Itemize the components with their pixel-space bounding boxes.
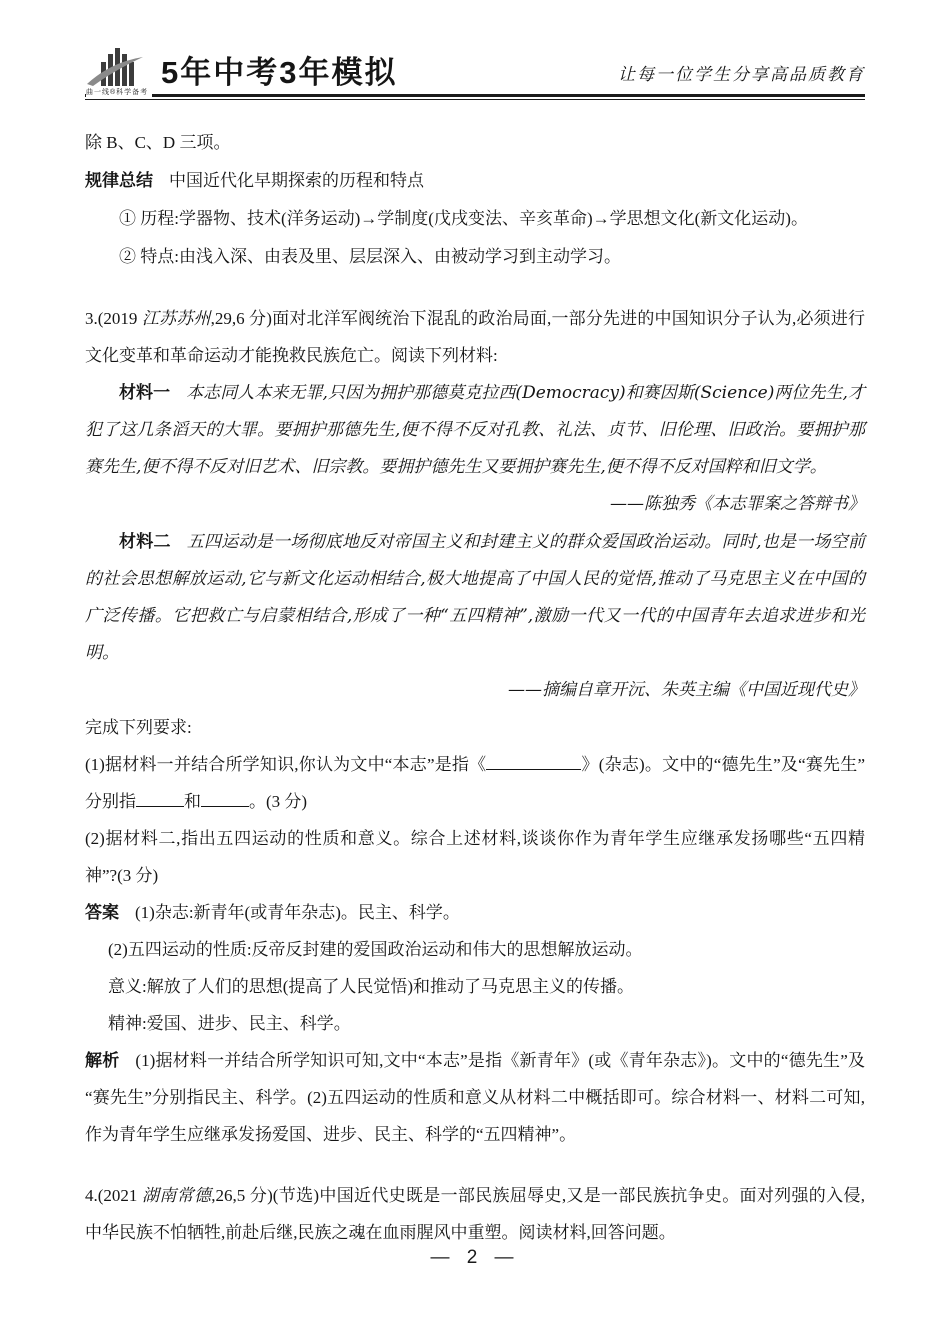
part-1-seg-3: 和 <box>184 792 201 811</box>
summary-point-2: ② 特点:由浅入深、由表及里、层层深入、由被动学习到主动学习。 <box>85 238 865 276</box>
analysis-section: 解析(1)据材料一并结合所学知识可知,文中“本志”是指《新青年》(或《青年杂志》… <box>85 1042 865 1153</box>
carryover-text: 除 B、C、D 三项。 <box>85 124 865 162</box>
summary-point-1: ① 历程:学器物、技术(洋务运动)→学制度(戊戌变法、辛亥革命)→学思想文化(新… <box>85 200 865 238</box>
requirements-intro: 完成下列要求: <box>85 709 865 746</box>
material-1-text: 本志同人本来无罪,只因为拥护那德莫克拉西(Democracy)和赛因斯(Scie… <box>85 383 865 477</box>
material-1-label: 材料一 <box>119 383 170 402</box>
brand: 5年中考3年模拟 <box>85 44 397 90</box>
question-3-part-1: (1)据材料一并结合所学知识,你认为文中“本志”是指《》(杂志)。文中的“德先生… <box>85 746 865 820</box>
header-slogan: 让每一位学生分享高品质教育 <box>618 67 865 90</box>
question-3-number: 3.(2019 <box>85 309 142 328</box>
question-4-number: 4.(2021 <box>85 1186 142 1205</box>
question-4-score: ,26,5 分)(节选) <box>211 1186 319 1205</box>
material-1: 材料一本志同人本来无罪,只因为拥护那德莫克拉西(Democracy)和赛因斯(S… <box>85 374 865 486</box>
answer-line-2: (2)五四运动的性质:反帝反封建的爱国政治运动和伟大的思想解放运动。 <box>85 931 865 968</box>
header-divider-thin <box>85 99 865 100</box>
page-header: 5年中考3年模拟 让每一位学生分享高品质教育 <box>0 0 950 90</box>
analysis-text: (1)据材料一并结合所学知识可知,文中“本志”是指《新青年》(或《青年杂志》)。… <box>85 1051 865 1144</box>
question-3-region: 江苏苏州 <box>142 309 211 328</box>
header-divider-thick <box>85 94 865 97</box>
page-content: 除 B、C、D 三项。 规律总结中国近代化早期探索的历程和特点 ① 历程:学器物… <box>0 124 950 1251</box>
analysis-label: 解析 <box>85 1051 119 1070</box>
answer-label: 答案 <box>85 903 119 922</box>
part-1-seg-4: 。(3 分) <box>249 792 307 811</box>
answer-line-1: (1)杂志:新青年(或青年杂志)。民主、科学。 <box>135 903 460 922</box>
question-3-part-2: (2)据材料二,指出五四运动的性质和意义。综合上述材料,谈谈你作为青年学生应继承… <box>85 820 865 894</box>
brand-logo-icon <box>85 44 147 90</box>
page-number: — 2 — <box>0 1247 950 1269</box>
question-3-stem: 3.(2019 江苏苏州,29,6 分)面对北洋军阀统治下混乱的政治局面,一部分… <box>85 300 865 374</box>
material-2: 材料二五四运动是一场彻底地反对帝国主义和封建主义的群众爱国政治运动。同时,也是一… <box>85 523 865 672</box>
summary-heading: 规律总结中国近代化早期探索的历程和特点 <box>85 162 865 200</box>
answer-line-3: 意义:解放了人们的思想(提高了人民觉悟)和推动了马克思主义的传播。 <box>85 968 865 1005</box>
question-3-score: ,29,6 分) <box>211 309 272 328</box>
material-2-text: 五四运动是一场彻底地反对帝国主义和封建主义的群众爱国政治运动。同时,也是一场空前… <box>85 532 865 663</box>
question-4-stem: 4.(2021 湖南常德,26,5 分)(节选)中国近代史既是一部民族屈辱史,又… <box>85 1177 865 1251</box>
brand-title: 5年中考3年模拟 <box>161 57 397 90</box>
answer-blank <box>201 792 249 807</box>
summary-label: 规律总结 <box>85 171 153 190</box>
brand-subtext: 曲一线®科学备考 <box>86 87 152 97</box>
answer-blank <box>136 792 184 807</box>
material-2-source: ——摘编自章开沅、朱英主编《中国近现代史》 <box>85 672 865 709</box>
material-2-label: 材料二 <box>119 532 171 551</box>
answer-section: 答案(1)杂志:新青年(或青年杂志)。民主、科学。 <box>85 894 865 931</box>
summary-title: 中国近代化早期探索的历程和特点 <box>169 171 424 190</box>
page: { "header": { "brand_title": "5年中考3年模拟",… <box>0 0 950 1344</box>
part-1-seg-1: (1)据材料一并结合所学知识,你认为文中“本志”是指《 <box>85 755 486 774</box>
answer-line-4: 精神:爱国、进步、民主、科学。 <box>85 1005 865 1042</box>
answer-blank <box>486 755 581 770</box>
material-1-source: ——陈独秀《本志罪案之答辩书》 <box>85 486 865 523</box>
question-4-region: 湖南常德 <box>142 1186 211 1205</box>
